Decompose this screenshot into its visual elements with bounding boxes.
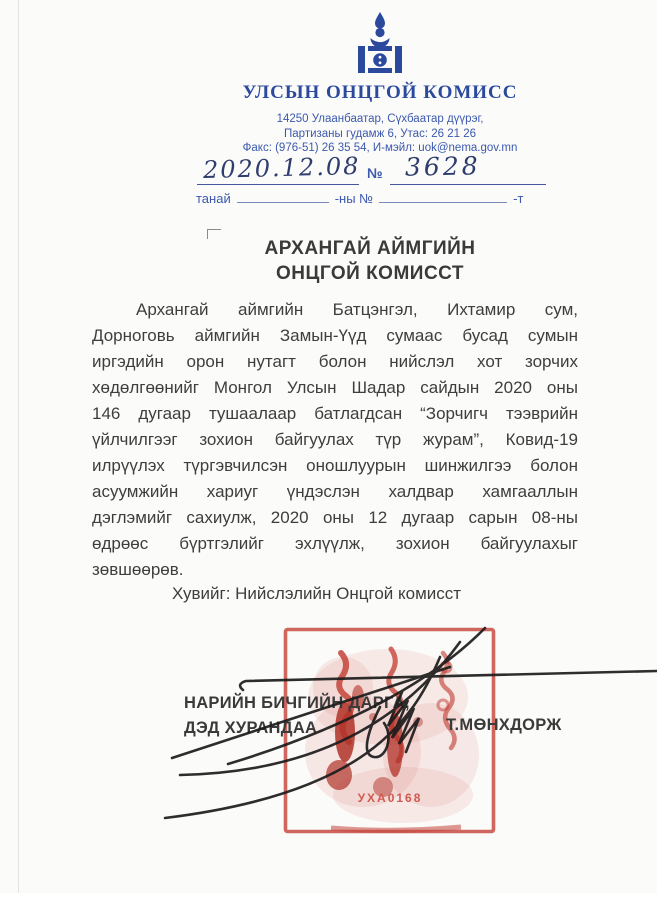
body-line: үйлчилгээг зохион байгуулах түр журам”, … (92, 427, 578, 453)
copy-distribution-note: Хувийг: Нийслэлийн Онцгой комисст (172, 584, 461, 604)
organization-address: 14250 Улаанбаатар, Сүхбаатар дүүрэг, Пар… (170, 112, 590, 156)
body-line: илрүүлэх түргэвчилсэн оношлуурын шинжилг… (92, 453, 578, 479)
page-edge-line (18, 0, 19, 893)
recipient-line: ОНЦГОЙ КОМИССТ (170, 261, 570, 286)
scan-bottom-margin (0, 893, 657, 907)
body-line: дэглэмийг сахиулж, 2020 оны 12 дугаар са… (92, 505, 578, 531)
body-line: асуумжийн хариуг үндэслэн халдвар хамгаа… (92, 479, 578, 505)
scanned-letter: УЛСЫН ОНЦГОЙ КОМИСС 14250 Улаанбаатар, С… (0, 0, 657, 907)
incoming-ref-prefix: танай (196, 191, 231, 206)
incoming-ref-suffix: -т (513, 191, 523, 206)
address-line: 14250 Улаанбаатар, Сүхбаатар дүүрэг, (170, 112, 590, 127)
pen-signature-icon (140, 612, 657, 847)
address-line: Партизаны гудамж 6, Утас: 26 21 26 (170, 127, 590, 142)
incoming-ref-mid: -ны № (335, 191, 373, 206)
blank-field (237, 191, 329, 203)
handwritten-doc-number: 3628 (405, 151, 481, 181)
date-underline (197, 184, 359, 185)
number-underline (390, 184, 546, 185)
number-sign-label: № (367, 165, 383, 181)
recipient-heading: АРХАНГАЙ АЙМГИЙН ОНЦГОЙ КОМИССТ (170, 236, 570, 286)
letter-body: Архангай аймгийн Батцэнгэл, Ихтамир сум,… (92, 297, 578, 583)
blank-field (379, 191, 507, 203)
handwritten-date: 2020.12.08 (203, 152, 361, 184)
recipient-line: АРХАНГАЙ АЙМГИЙН (170, 236, 570, 261)
incoming-ref-line: танай-ны №-т (196, 191, 556, 206)
body-line: иргэдийн орон нутагт болон нийслэл хот з… (92, 349, 578, 375)
body-line: Архангай аймгийн Батцэнгэл, Ихтамир сум, (92, 297, 578, 323)
organization-name: УЛСЫН ОНЦГОЙ КОМИСС (170, 82, 590, 104)
body-line: 146 дугаар тушаалаар батлагдсан “Зорчигч… (92, 401, 578, 427)
body-line: Дорноговь аймгийн Замын-Үүд сумаас бусад… (92, 323, 578, 349)
soyombo-emblem-icon (350, 11, 410, 75)
body-line: хөдөлгөөнийг Монгол Улсын Шадар сайдын 2… (92, 375, 578, 401)
body-line: өдрөөс бүртгэлийг эхлүүлж, зохион байгуу… (92, 531, 578, 557)
address-line: Факс: (976-51) 26 35 54, И-мэйл: uok@nem… (170, 141, 590, 156)
body-line: зөвшөөрөв. (92, 557, 578, 583)
